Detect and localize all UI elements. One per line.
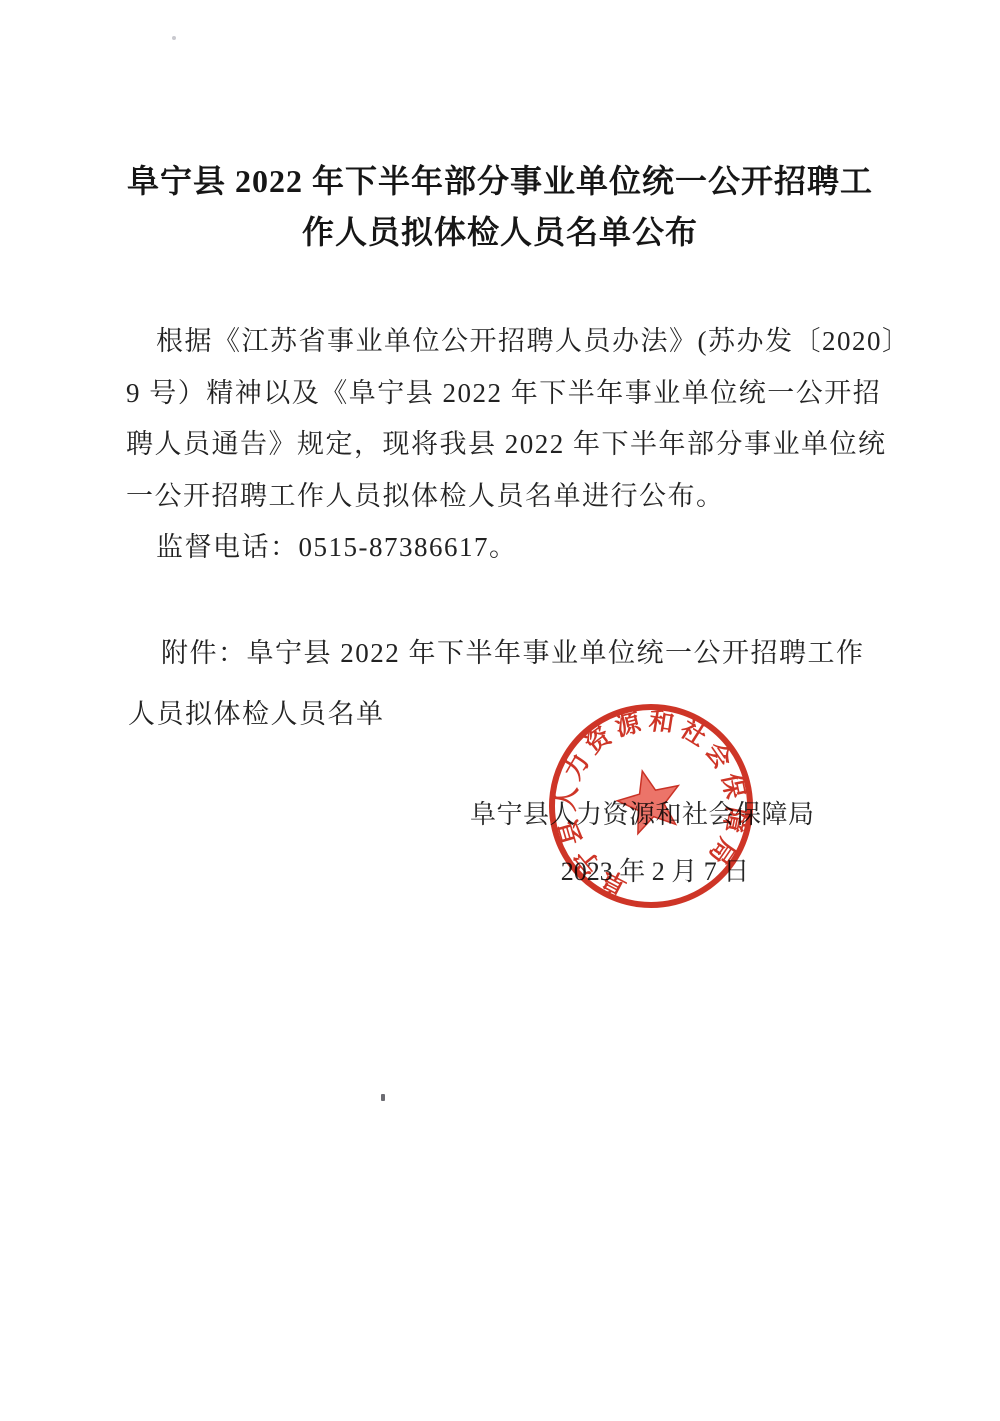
body-line: 9 号）精神以及《阜宁县 2022 年下半年事业单位统一公开招 <box>126 368 906 420</box>
attachment-line-1: 附件：阜宁县 2022 年下半年事业单位统一公开招聘工作 <box>128 623 908 684</box>
body-text: 根据《江苏省事业单位公开招聘人员办法》(苏办发〔2020〕 9 号）精神以及《阜… <box>126 316 906 574</box>
title-line-2: 作人员拟体检人员名单公布 <box>0 207 1000 258</box>
scan-speck <box>172 36 176 40</box>
body-line: 一公开招聘工作人员拟体检人员名单进行公布。 <box>126 471 906 523</box>
title-line-1: 阜宁县 2022 年下半年部分事业单位统一公开招聘工 <box>0 156 1000 207</box>
document-page: 阜宁县 2022 年下半年部分事业单位统一公开招聘工 作人员拟体检人员名单公布 … <box>0 0 1000 1421</box>
issuing-agency: 阜宁县人力资源和社会保障局 <box>470 794 815 831</box>
body-line: 根据《江苏省事业单位公开招聘人员办法》(苏办发〔2020〕 <box>126 316 906 368</box>
supervision-phone-line: 监督电话：0515-87386617。 <box>126 522 906 574</box>
issue-date: 2023 年 2 月 7 日 <box>545 851 765 888</box>
attachment-note: 附件：阜宁县 2022 年下半年事业单位统一公开招聘工作 人员拟体检人员名单 <box>128 623 908 745</box>
attachment-line-2: 人员拟体检人员名单 <box>128 684 908 745</box>
document-title: 阜宁县 2022 年下半年部分事业单位统一公开招聘工 作人员拟体检人员名单公布 <box>0 156 1000 258</box>
body-line: 聘人员通告》规定，现将我县 2022 年下半年部分事业单位统 <box>126 419 906 471</box>
scan-speck <box>381 1094 385 1101</box>
